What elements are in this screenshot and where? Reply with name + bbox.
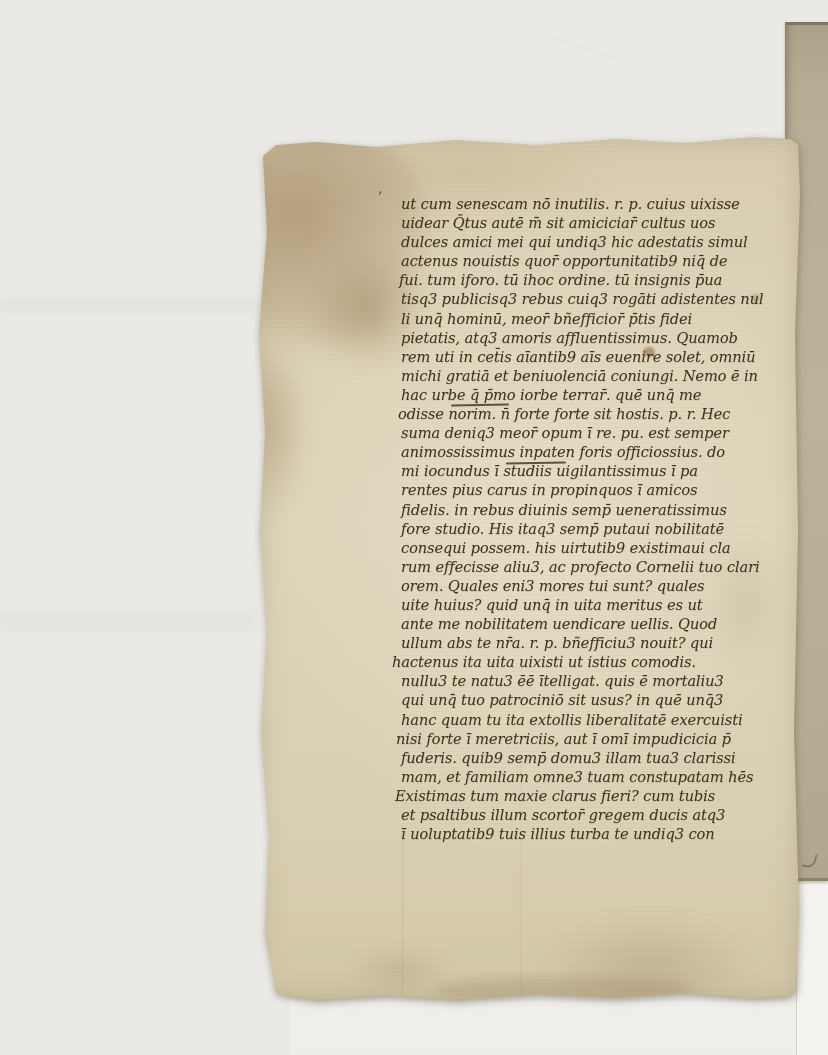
manuscript-line: nullu3 te natu3 ēē ītelligat. quis ē mor… (401, 672, 793, 691)
manuscript-line: odisse norim. n̄ forte forte sit hostis.… (398, 405, 793, 424)
manuscript-line: Existimas tum maxie clarus fieri? cum tu… (395, 787, 793, 806)
stain-left-edge (236, 332, 306, 522)
manuscript-line: consequi possem. his uirtutib9 existimau… (401, 539, 793, 558)
manuscript-line: hac urbe q̄ p̄mo iorbe terrar̄. quē unq̄… (401, 386, 793, 405)
manuscript-line: animossissimus inpaten foris officiossiu… (401, 443, 793, 462)
manuscript-line: tisq3 publicisq3 rebus cuiq3 rogāti adis… (401, 290, 793, 309)
manuscript-line: nisi forte ī meretriciis, aut ī omī impu… (396, 730, 793, 749)
manuscript-line: fidelis. in rebus diuinis semp̄ uenerati… (401, 501, 793, 520)
backing-sheet-bottom (290, 1001, 797, 1055)
manuscript-line: ī uoluptatib9 tuis illius turba te undiq… (401, 825, 793, 844)
manuscript-line: dulces amici mei qui undiq3 hic adestati… (401, 233, 793, 252)
backdrop-streak (0, 298, 260, 312)
stain-bottom (344, 947, 454, 995)
manuscript-leaf: ’ ut cum senescam nō inutilis. r. p. cui… (254, 132, 804, 1004)
manuscript-line: ut cum senescam nō inutilis. r. p. cuius… (401, 195, 793, 214)
backdrop-crease (503, 22, 618, 61)
manuscript-line: fore studio. His itaq3 semp̄ putaui nobi… (401, 520, 793, 539)
manuscript-line: michi gratiā et beniuolenciā coniungi. N… (401, 367, 793, 386)
stain-bottom (544, 917, 754, 1002)
manuscript-line: rum effecisse aliu3, ac profecto Corneli… (401, 558, 793, 577)
manuscript-leaf-wrap: ’ ut cum senescam nō inutilis. r. p. cui… (254, 132, 804, 1004)
manuscript-line: mam, et familiam omne3 tuam constupatam … (401, 768, 793, 787)
margin-mark: ’ (378, 190, 382, 205)
manuscript-text-block: ut cum senescam nō inutilis. r. p. cuius… (401, 195, 793, 844)
manuscript-line: rentes pius carus in propinquos ī amicos (401, 481, 793, 500)
manuscript-line: orem. Quales eni3 mores tui sunt? quales (401, 577, 793, 596)
manuscript-line: uite huius? quid unq̄ in uita meritus es… (401, 596, 793, 615)
photograph-backdrop: ’ ut cum senescam nō inutilis. r. p. cui… (0, 0, 828, 1055)
paper-crease (402, 832, 403, 997)
manuscript-line: qui unq̄ tuo patrociniō sit usus? in quē… (401, 691, 793, 710)
manuscript-line: rem uti in cet̄is aīantib9 aīs euenire s… (401, 348, 793, 367)
manuscript-line: uidear Q̄tus autē m̄ sit amiciciar̄ cult… (401, 214, 793, 233)
manuscript-line: mi iocundus ī studiis uigilantissimus ī … (401, 462, 793, 481)
manuscript-line: actenus nouistis quor̄ opportunitatib9 n… (401, 252, 793, 271)
manuscript-line: et psaltibus illum scortor̄ gregem ducis… (401, 806, 793, 825)
manuscript-line: ullum abs te nr̄a. r. p. bñefficiu3 noui… (401, 634, 793, 653)
manuscript-line: li unq̄ hominū, meor̄ bñefficior̄ p̄tis … (401, 310, 793, 329)
manuscript-line: hanc quam tu ita extollis liberalitatē e… (401, 711, 793, 730)
stain-bottom-edge (434, 977, 694, 1003)
manuscript-line: fuderis. quib9 semp̄ domu3 illam tua3 cl… (401, 749, 793, 768)
backdrop-streak (0, 612, 255, 632)
manuscript-line: fui. tum iforo. tū ihoc ordine. tū insig… (399, 271, 793, 290)
manuscript-line: suma deniq3 meor̄ opum ī re. pu. est sem… (401, 424, 793, 443)
manuscript-line: pietatis, atq3 amoris affluentissimus. Q… (401, 329, 793, 348)
manuscript-line: hactenus ita uita uixisti ut istius como… (392, 653, 793, 672)
manuscript-line: ante me nobilitatem uendicare uellis. Qu… (401, 615, 793, 634)
